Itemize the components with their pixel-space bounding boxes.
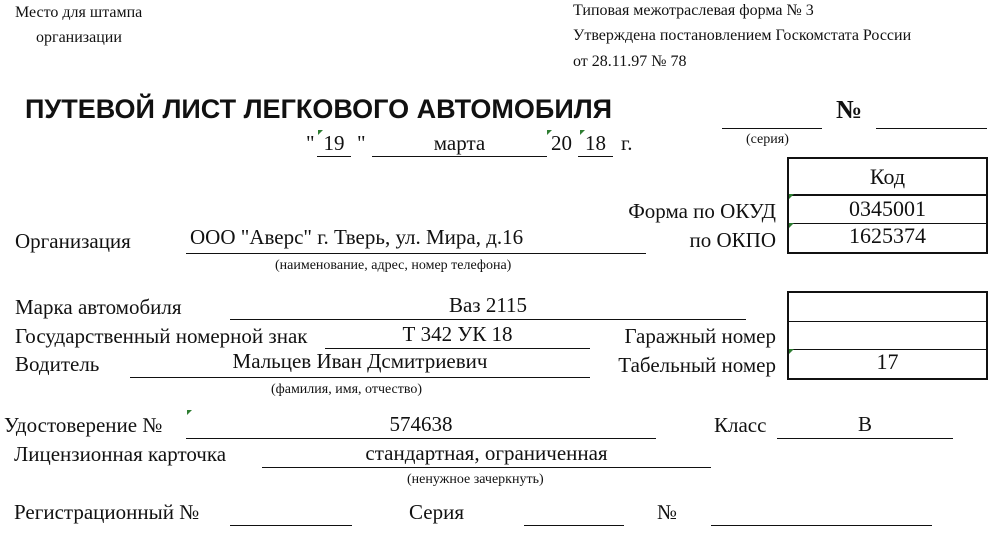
number-sign: № — [836, 95, 862, 125]
form-approval-line: Утверждена постановлением Госкомстата Ро… — [573, 27, 911, 45]
okud-code-value[interactable]: 0345001 — [789, 196, 986, 222]
waybill-number-field[interactable] — [876, 128, 987, 129]
class-label: Класс — [714, 413, 766, 438]
page-title: ПУТЕВОЙ ЛИСТ ЛЕГКОВОГО АВТОМОБИЛЯ — [25, 94, 612, 125]
organization-caption: (наименование, адрес, номер телефона) — [275, 258, 511, 274]
license-card-caption: (ненужное зачеркнуть) — [407, 472, 544, 488]
organization-value[interactable]: ООО "Аверс" г. Тверь, ул. Мира, д.16 — [187, 225, 523, 250]
okud-label: Форма по ОКУД — [628, 199, 776, 224]
okpo-code-value[interactable]: 1625374 — [789, 223, 986, 249]
tab-number-value[interactable]: 17 — [789, 349, 986, 375]
date-day-line — [317, 156, 351, 157]
brand-line — [230, 319, 746, 320]
date-close-quote: " — [357, 131, 366, 156]
driver-value[interactable]: Мальцев Иван Дсмитриевич — [130, 349, 590, 374]
brand-label: Марка автомобиля — [15, 295, 182, 320]
driver-caption: (фамилия, имя, отчество) — [271, 382, 422, 398]
registration-number-label: № — [657, 500, 677, 525]
codes-header: Код — [789, 164, 986, 190]
license-card-label: Лицензионная карточка — [14, 442, 226, 467]
organization-line — [186, 253, 646, 254]
driver-label: Водитель — [15, 352, 99, 377]
date-day[interactable]: 19 — [317, 131, 351, 156]
tab-number-label: Табельный номер — [618, 353, 776, 378]
plate-value[interactable]: Т 342 УК 18 — [325, 322, 590, 347]
divider — [789, 321, 986, 322]
date-month-line — [372, 156, 547, 157]
okpo-label: по ОКПО — [690, 228, 777, 253]
certificate-value[interactable]: 574638 — [186, 412, 656, 437]
registration-series-line — [524, 525, 624, 526]
date-suffix: г. — [621, 131, 633, 156]
registration-line — [230, 525, 352, 526]
stamp-label-line2: организации — [36, 29, 122, 47]
stamp-label-line1: Место для штампа — [15, 4, 142, 22]
registration-number-line — [711, 525, 932, 526]
license-card-line — [262, 467, 711, 468]
series-caption: (серия) — [746, 132, 789, 148]
date-month[interactable]: марта — [372, 131, 547, 156]
class-value[interactable]: В — [777, 412, 953, 437]
brand-value[interactable]: Ваз 2115 — [230, 293, 746, 318]
certificate-line — [186, 438, 656, 439]
date-century: 20 — [551, 131, 572, 156]
certificate-label: Удостоверение № — [4, 413, 162, 438]
series-field[interactable] — [722, 128, 822, 129]
date-year-line — [578, 156, 613, 157]
registration-label: Регистрационный № — [14, 500, 199, 525]
form-date-line: от 28.11.97 № 78 — [573, 53, 686, 71]
plate-label: Государственный номерной знак — [15, 324, 307, 349]
garage-label: Гаражный номер — [624, 324, 776, 349]
codes-table: Код 0345001 1625374 — [787, 157, 988, 254]
organization-label: Организация — [15, 229, 131, 254]
license-card-value[interactable]: стандартная, ограниченная — [262, 441, 711, 466]
registration-series-label: Серия — [409, 500, 464, 525]
date-open-quote: " — [306, 131, 315, 156]
vehicle-codes-table: 17 — [787, 291, 988, 380]
class-line — [777, 438, 953, 439]
date-year[interactable]: 18 — [578, 131, 613, 156]
driver-line — [130, 377, 590, 378]
form-type-line: Типовая межотраслевая форма № 3 — [573, 2, 814, 20]
